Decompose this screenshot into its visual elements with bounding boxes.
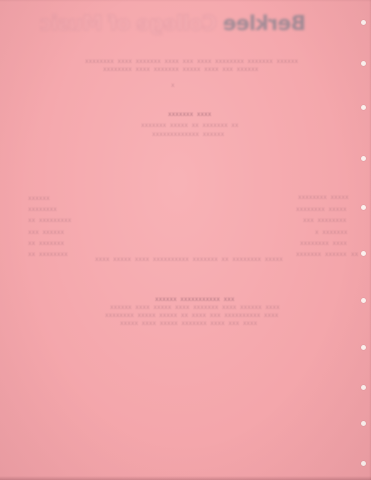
- binding-hole: [361, 421, 366, 426]
- bleed-line-mid-line: xx: [351, 252, 358, 258]
- bleed-line-header-lines: xxxxxx xxxxxxx xxxxxxxx xxxx xxx xxxx xx…: [85, 59, 298, 65]
- binding-hole: [361, 20, 366, 25]
- bleed-line-bottom-block: xxxx xxxxxx xxxx xxxxxxx xxxx xxxxx xxxx…: [110, 305, 280, 311]
- bleed-line-left-column: xxxxxxxxx xx: [28, 218, 71, 224]
- binding-hole: [361, 251, 366, 256]
- wordmark-berklee-text: Berklee: [223, 11, 305, 35]
- bleed-line-left-column: xxxxxx: [28, 196, 50, 202]
- bleed-line-title-block: xx xxxxxxx xx xxxxx xxxxxxx: [141, 123, 239, 129]
- bleed-line-right-column: xxxxxx xxxxxxx: [296, 252, 347, 258]
- bleed-line-right-column: xxxx xxxxxxxx: [300, 241, 347, 247]
- bleed-line-title-block: xxxxxx xxxxxxxxxxxxx: [152, 132, 224, 138]
- bleed-line-right-column: xxxxx xxxxxxxx: [298, 195, 349, 201]
- wordmark-college-of-music-text: College of Music: [40, 11, 223, 35]
- bleed-line-left-column: xxxxxxxx xx: [28, 252, 68, 258]
- brand-wordmark: Berklee College of Music: [30, 8, 316, 40]
- binding-hole: [361, 461, 366, 466]
- bleed-line-bottom-block: xxx xxxxxxxxxxx xxxxxx: [155, 297, 234, 303]
- bleed-line-bottom-block: xxxx xxx xxxx xxxxxxx xxxxx xxxx xxxxx: [120, 321, 257, 327]
- bleed-line-header-lines: x: [171, 83, 175, 89]
- bleed-line-right-column: xxxxxxx x: [315, 230, 348, 236]
- bleed-line-left-column: xxxxxxx xx: [28, 241, 64, 247]
- bleed-line-right-column: xxxxxxxx xxx: [303, 218, 346, 224]
- scanned-page: Berklee College of Music xxxxxx xxxxxxx …: [0, 0, 371, 480]
- binding-hole: [361, 105, 366, 110]
- bleed-line-left-column: xxxxxx xxx: [28, 230, 64, 236]
- bleed-line-bottom-block: xxxx xxxxxxxxxx xxx xxxx xx xxxxx xxxxx …: [105, 313, 278, 319]
- binding-hole: [361, 385, 366, 390]
- binding-hole: [361, 61, 366, 66]
- page-top-edge: [0, 0, 371, 2]
- bleed-line-mid-line: xxxxx xxxxxxxx xx xxxxxxx xxxxxxxxxx xxx…: [95, 257, 283, 263]
- binding-hole: [361, 298, 366, 303]
- binding-hole: [361, 156, 366, 161]
- bleed-line-header-lines: xxxxxx xxx xxxx xxxxx xxxxxxx xxxx xxxxx…: [103, 67, 258, 73]
- bleed-line-right-column: xxxxx xxxxxxxx: [296, 207, 347, 213]
- binding-hole: [361, 205, 366, 210]
- bleed-line-title-block: xxxx xxxxxxx: [168, 112, 211, 118]
- binding-hole: [361, 345, 366, 350]
- bleed-line-left-column: xxxxxxxx: [28, 207, 57, 213]
- page-bottom-edge: [0, 476, 371, 480]
